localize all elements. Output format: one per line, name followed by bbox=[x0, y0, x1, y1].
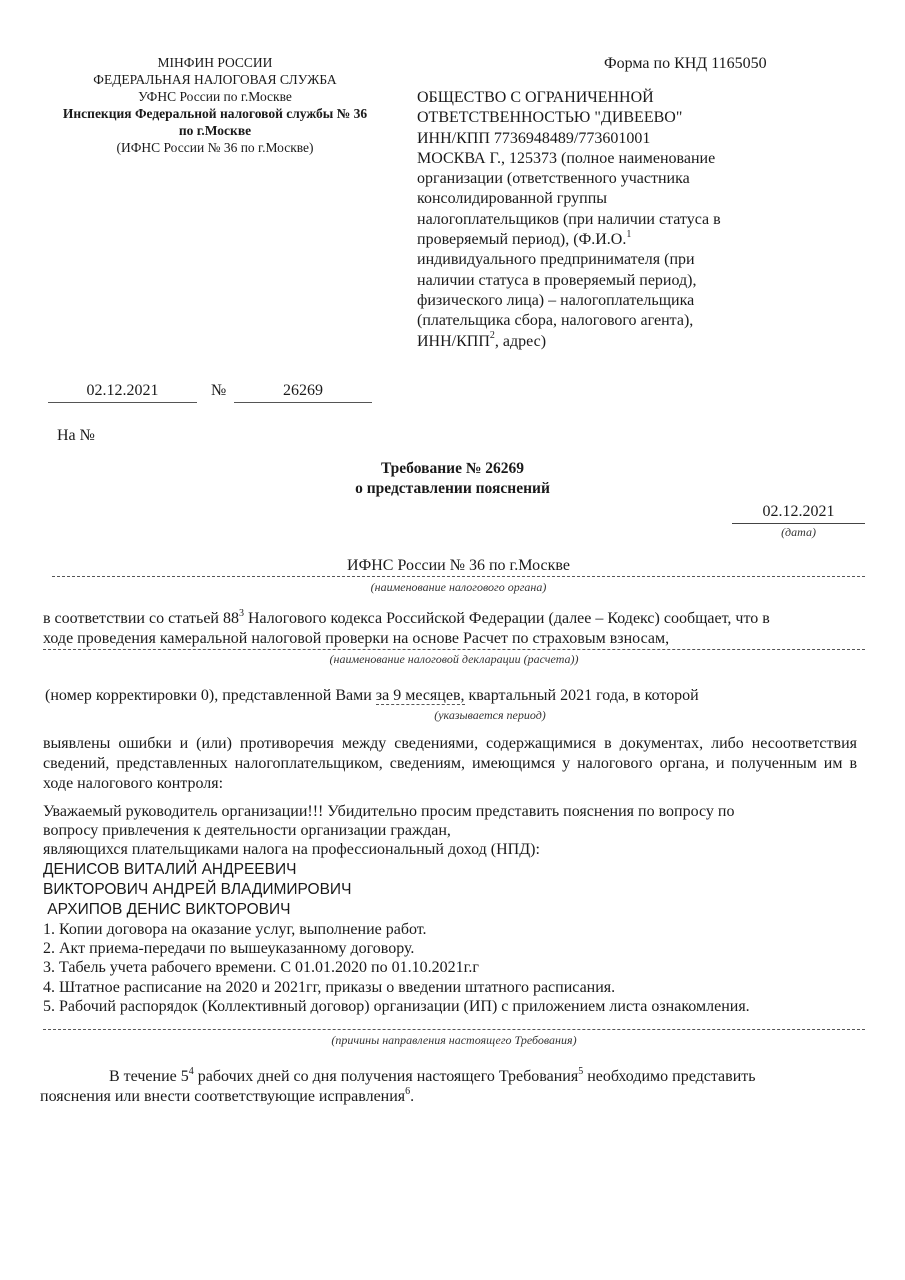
addressee-line: налогоплательщиков (при наличии статуса … bbox=[417, 210, 777, 230]
addressee-line: индивидуального предпринимателя (при bbox=[417, 250, 777, 270]
addressee-line: наличии статуса в проверяемый период), bbox=[417, 271, 777, 291]
tax-organ-name: ИФНС России № 36 по г.Москве bbox=[52, 557, 865, 577]
paragraph-line: пояснения или внести соответствующие исп… bbox=[40, 1087, 870, 1107]
reasons-divider bbox=[43, 1029, 865, 1030]
requested-document-item: 1. Копии договора на оказание услуг, вып… bbox=[43, 920, 865, 939]
addressee-line: ОТВЕТСТВЕННОСТЬЮ "ДИВЕЕВО" bbox=[417, 108, 777, 128]
ministry-name: МIНФИН РОССИИ bbox=[40, 54, 390, 71]
person-name: ДЕНИСОВ ВИТАЛИЙ АНДРЕЕВИЧ bbox=[43, 860, 865, 880]
registration-number: 26269 bbox=[234, 382, 372, 403]
registration-date: 02.12.2021 bbox=[48, 382, 197, 403]
paragraph-deadline: В течение 54 рабочих дней со дня получен… bbox=[40, 1067, 870, 1107]
reasons-intro: являющихся плательщиками налога на профе… bbox=[43, 840, 865, 859]
paragraph-line: в соответствии со статьей 883 Налогового… bbox=[43, 609, 865, 629]
addressee-line: (плательщика сбора, налогового агента), bbox=[417, 311, 777, 331]
issuing-authority-block: МIНФИН РОССИИ ФЕДЕРАЛЬНАЯ НАЛОГОВАЯ СЛУЖ… bbox=[40, 54, 390, 156]
reasons-block: Уважаемый руководитель организации!!! Уб… bbox=[43, 802, 865, 1017]
reasons-caption: (причины направления настоящего Требован… bbox=[43, 1033, 865, 1048]
requested-document-item: 4. Штатное расписание на 2020 и 2021гг, … bbox=[43, 978, 865, 997]
footnote-ref: 1 bbox=[626, 229, 631, 240]
footnote-ref: 4 bbox=[189, 1066, 194, 1077]
paragraph-line: В течение 54 рабочих дней со дня получен… bbox=[40, 1067, 870, 1087]
footnote-ref: 5 bbox=[578, 1066, 583, 1077]
footnote-ref: 6 bbox=[405, 1086, 410, 1097]
number-sign: № bbox=[211, 382, 226, 400]
requested-document-item: 5. Рабочий распорядок (Коллективный дого… bbox=[43, 997, 865, 1016]
document-date-caption: (дата) bbox=[732, 525, 865, 540]
paragraph-period: (номер корректировки 0), представленной … bbox=[45, 687, 699, 705]
reasons-intro: вопросу привлечения к деятельности орган… bbox=[43, 821, 865, 840]
requested-document-item: 2. Акт приема-передачи по вышеуказанному… bbox=[43, 939, 865, 958]
footnote-ref: 2 bbox=[490, 330, 495, 341]
paragraph-legal-basis: в соответствии со статьей 883 Налогового… bbox=[43, 609, 865, 650]
form-code: Форма по КНД 1165050 bbox=[604, 55, 767, 73]
regional-office: УФНС России по г.Москве bbox=[40, 88, 390, 105]
addressee-line: физического лица) – налогоплательщика bbox=[417, 291, 777, 311]
inspection-name: Инспекция Федеральной налоговой службы №… bbox=[40, 105, 390, 122]
addressee-line: проверяемый период), (Ф.И.О.1 bbox=[417, 230, 777, 250]
tax-organ-caption: (наименование налогового органа) bbox=[52, 580, 865, 595]
reporting-period: за 9 месяцев, bbox=[376, 687, 465, 705]
document-title: Требование № 26269 о представлении поясн… bbox=[0, 459, 905, 499]
declaration-caption: (наименование налоговой декларации (расч… bbox=[43, 652, 865, 667]
person-name: АРХИПОВ ДЕНИС ВИКТОРОВИЧ bbox=[43, 900, 865, 920]
addressee-line: ИНН/КПП2, адрес) bbox=[417, 332, 777, 352]
reply-reference: На № bbox=[57, 427, 95, 445]
addressee-line: ИНН/КПП 7736948489/773601001 bbox=[417, 129, 777, 149]
requested-document-item: 3. Табель учета рабочего времени. С 01.0… bbox=[43, 958, 865, 977]
paragraph-findings: выявлены ошибки и (или) противоречия меж… bbox=[43, 734, 857, 794]
reasons-intro: Уважаемый руководитель организации!!! Уб… bbox=[43, 802, 865, 821]
addressee-line: ОБЩЕСТВО С ОГРАНИЧЕННОЙ bbox=[417, 88, 777, 108]
title-line: Требование № 26269 bbox=[0, 459, 905, 479]
declaration-name-line: ходе проведения камеральной налоговой пр… bbox=[43, 629, 865, 650]
inspection-city: по г.Москве bbox=[40, 122, 390, 139]
footnote-ref: 3 bbox=[239, 608, 244, 619]
inspection-short-name: (ИФНС России № 36 по г.Москве) bbox=[40, 139, 390, 156]
service-name: ФЕДЕРАЛЬНАЯ НАЛОГОВАЯ СЛУЖБА bbox=[40, 71, 390, 88]
person-name: ВИКТОРОВИЧ АНДРЕЙ ВЛАДИМИРОВИЧ bbox=[43, 880, 865, 900]
document-date: 02.12.2021 bbox=[732, 503, 865, 524]
period-caption: (указывается период) bbox=[380, 708, 600, 723]
addressee-block: ОБЩЕСТВО С ОГРАНИЧЕННОЙ ОТВЕТСТВЕННОСТЬЮ… bbox=[417, 88, 777, 352]
addressee-line: организации (ответственного участника bbox=[417, 169, 777, 189]
addressee-line: консолидированной группы bbox=[417, 189, 777, 209]
addressee-line: МОСКВА Г., 125373 (полное наименование bbox=[417, 149, 777, 169]
title-subline: о представлении пояснений bbox=[0, 479, 905, 499]
